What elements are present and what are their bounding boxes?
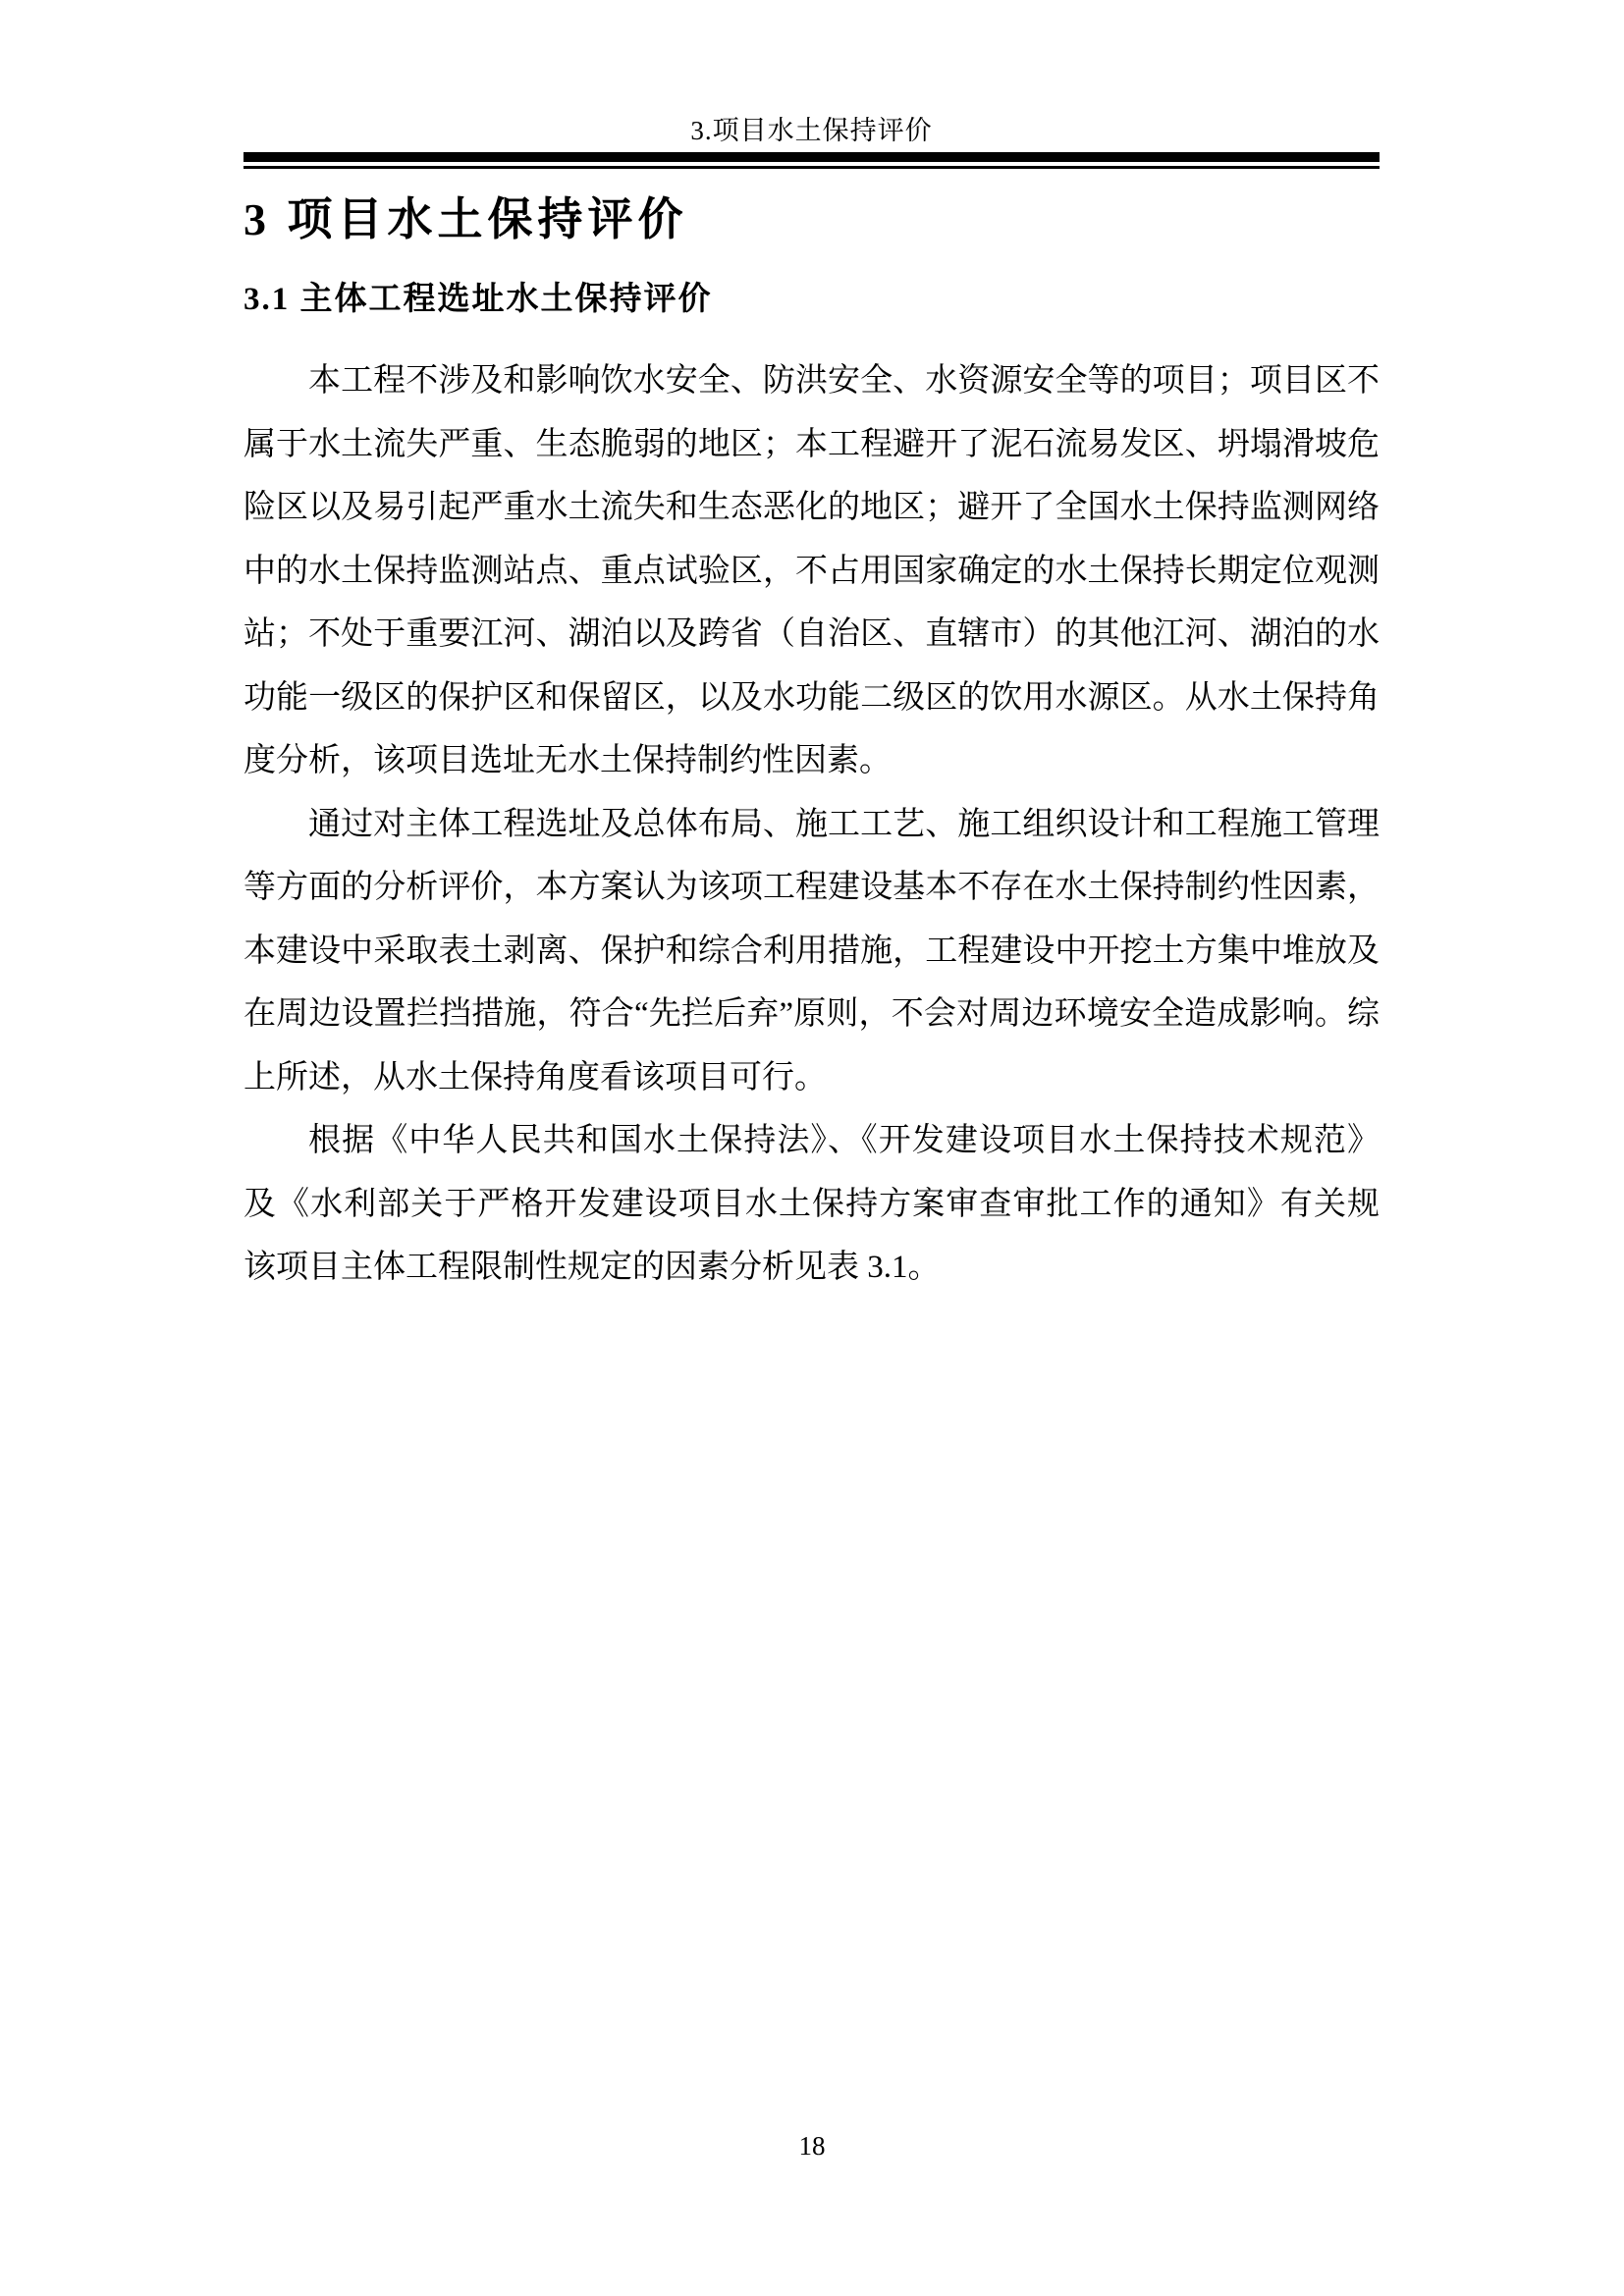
body-text-line: 该项目主体工程限制性规定的因素分析见表 3.1。 xyxy=(244,1236,1380,1300)
body-text-line: 险区以及易引起严重水土流失和生态恶化的地区；避开了全国水土保持监测网络 xyxy=(244,476,1380,540)
body-text-line: 等方面的分析评价，本方案认为该项工程建设基本不存在水土保持制约性因素， xyxy=(244,856,1380,920)
body-text-line: 通过对主体工程选址及总体布局、施工工艺、施工组织设计和工程施工管理 xyxy=(244,793,1380,857)
page-number: 18 xyxy=(0,2130,1624,2162)
body-text-line: 本工程不涉及和影响饮水安全、防洪安全、水资源安全等的项目；项目区不 xyxy=(244,349,1380,413)
subsection-heading: 3.1 主体工程选址水土保持评价 xyxy=(244,279,1380,320)
body-text-line: 上所述，从水土保持角度看该项目可行。 xyxy=(244,1046,1380,1110)
body-text: 本工程不涉及和影响饮水安全、防洪安全、水资源安全等的项目；项目区不 属于水土流失… xyxy=(244,349,1380,1300)
body-text-line: 本建设中采取表土剥离、保护和综合利用措施，工程建设中开挖土方集中堆放及 xyxy=(244,920,1380,984)
section-heading: 3 项目水土保持评价 xyxy=(244,192,1380,247)
body-text-line: 站；不处于重要江河、湖泊以及跨省（自治区、直辖市）的其他江河、湖泊的水 xyxy=(244,603,1380,667)
running-header: 3.项目水土保持评价 xyxy=(244,116,1380,145)
header-divider-rule xyxy=(244,152,1380,169)
body-text-line: 属于水土流失严重、生态脆弱的地区；本工程避开了泥石流易发区、坍塌滑坡危 xyxy=(244,413,1380,477)
body-text-line: 根据《中华人民共和国水土保持法》、《开发建设项目水土保持技术规范》 xyxy=(244,1109,1380,1173)
body-text-line: 在周边设置拦挡措施，符合“先拦后弃”原则，不会对周边环境安全造成影响。综 xyxy=(244,983,1380,1046)
body-text-line: 度分析，该项目选址无水土保持制约性因素。 xyxy=(244,729,1380,793)
body-text-line: 及《水利部关于严格开发建设项目水土保持方案审查审批工作的通知》有关规定， xyxy=(244,1173,1380,1237)
body-text-line: 功能一级区的保护区和保留区，以及水功能二级区的饮用水源区。从水土保持角 xyxy=(244,667,1380,730)
body-text-line: 中的水土保持监测站点、重点试验区，不占用国家确定的水土保持长期定位观测 xyxy=(244,540,1380,604)
document-page: 3.项目水土保持评价 3 项目水土保持评价 3.1 主体工程选址水土保持评价 本… xyxy=(0,0,1624,2296)
